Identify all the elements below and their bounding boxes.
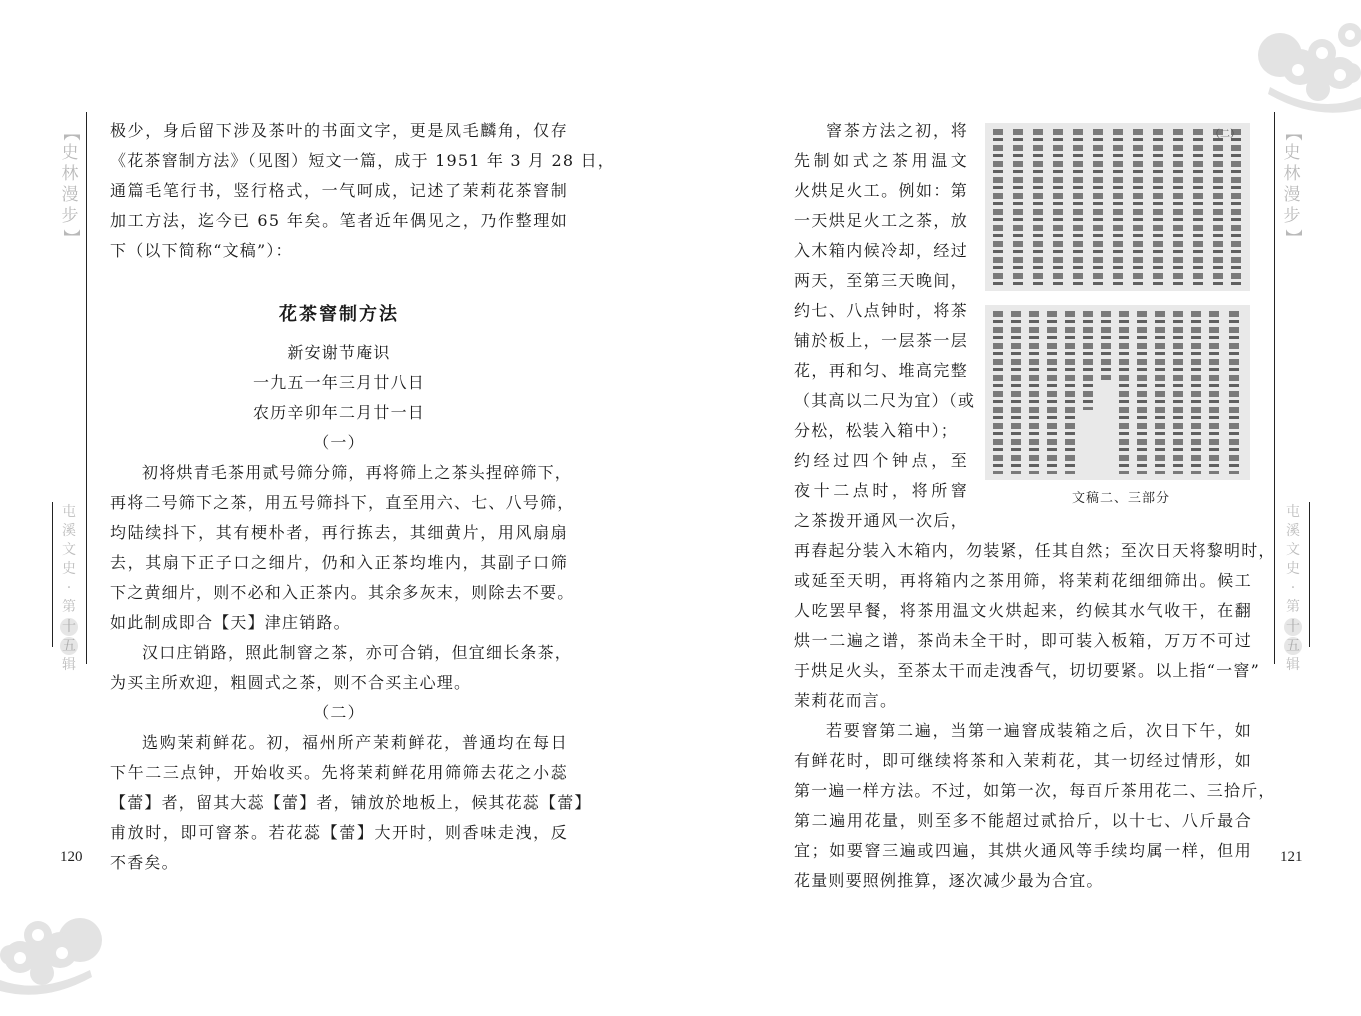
section-one-heading: （一） (110, 428, 568, 458)
left-body-text: 极少，身后留下涉及茶叶的书面文字，更是凤毛麟角，仅存 《花茶窨制方法》（见图）短… (110, 116, 568, 878)
section-two-paragraph-1: 选购茉莉鲜花。初，福州所产茉莉鲜花，普通均在每日 下午二三点钟，开始收买。先将茉… (110, 728, 568, 878)
volume-tag: 屯 溪 文 史 · 第 十 五 辑 (1283, 503, 1303, 675)
section-tag: 【 史 林 漫 步 】 (1282, 122, 1302, 248)
lunar-date-line: 农历辛卯年二月廿一日 (110, 398, 568, 428)
volume-tag: 屯 溪 文 史 · 第 十 五 辑 (59, 503, 79, 675)
manuscript-image-lower (985, 305, 1250, 480)
right-body-text: 再舂起分装入木箱内，勿装紧，任其自然；至次日天将黎明时， 或延至天明，再将箱内之… (794, 536, 1252, 896)
cloud-ornament-icon (0, 895, 120, 1005)
manuscript-image-upper: （二） (985, 123, 1250, 291)
page-number: 121 (1280, 849, 1303, 866)
right-page: 【 史 林 漫 步 】 屯 溪 文 史 · 第 十 五 辑 121 窨茶方法之初… (680, 0, 1361, 1016)
volume-rule (1309, 502, 1310, 647)
margin-rule (86, 112, 87, 664)
figure-caption: 文稿二、三部分 (1072, 487, 1170, 506)
document-title: 花茶窨制方法 (110, 300, 568, 330)
section-tag: 【 史 林 漫 步 】 (60, 122, 80, 248)
author-line: 新安谢节庵识 (110, 338, 568, 368)
section-one-paragraph-1: 初将烘青毛茶用贰号筛分筛，再将筛上之茶头捏碎筛下， 再将二号筛下之茶，用五号筛抖… (110, 458, 568, 638)
volume-rule (52, 502, 53, 647)
narrow-text-column: 窨茶方法之初，将 先制如式之茶用温文 火烘足火工。例如：第 一天烘足火工之茶，放… (794, 116, 968, 536)
section-two-heading: （二） (110, 698, 568, 728)
left-page: 【 史 林 漫 步 】 屯 溪 文 史 · 第 十 五 辑 120 极少，身后留… (0, 0, 680, 1016)
margin-rule (1274, 112, 1275, 664)
date-line: 一九五一年三月廿八日 (110, 368, 568, 398)
cloud-ornament-icon (1240, 15, 1361, 120)
intro-paragraph: 极少，身后留下涉及茶叶的书面文字，更是凤毛麟角，仅存 《花茶窨制方法》（见图）短… (110, 116, 568, 266)
page-number: 120 (60, 849, 83, 866)
paragraph-continued: 再舂起分装入木箱内，勿装紧，任其自然；至次日天将黎明时， 或延至天明，再将箱内之… (794, 536, 1252, 716)
paragraph-second-scenting: 若要窨第二遍，当第一遍窨成装箱之后，次日下午，如 有鲜花时，即可继续将茶和入茉莉… (794, 716, 1252, 896)
section-one-paragraph-2: 汉口庄销路，照此制窨之茶，亦可合销，但宜细长条茶， 为买主所欢迎，粗圆式之茶，则… (110, 638, 568, 698)
